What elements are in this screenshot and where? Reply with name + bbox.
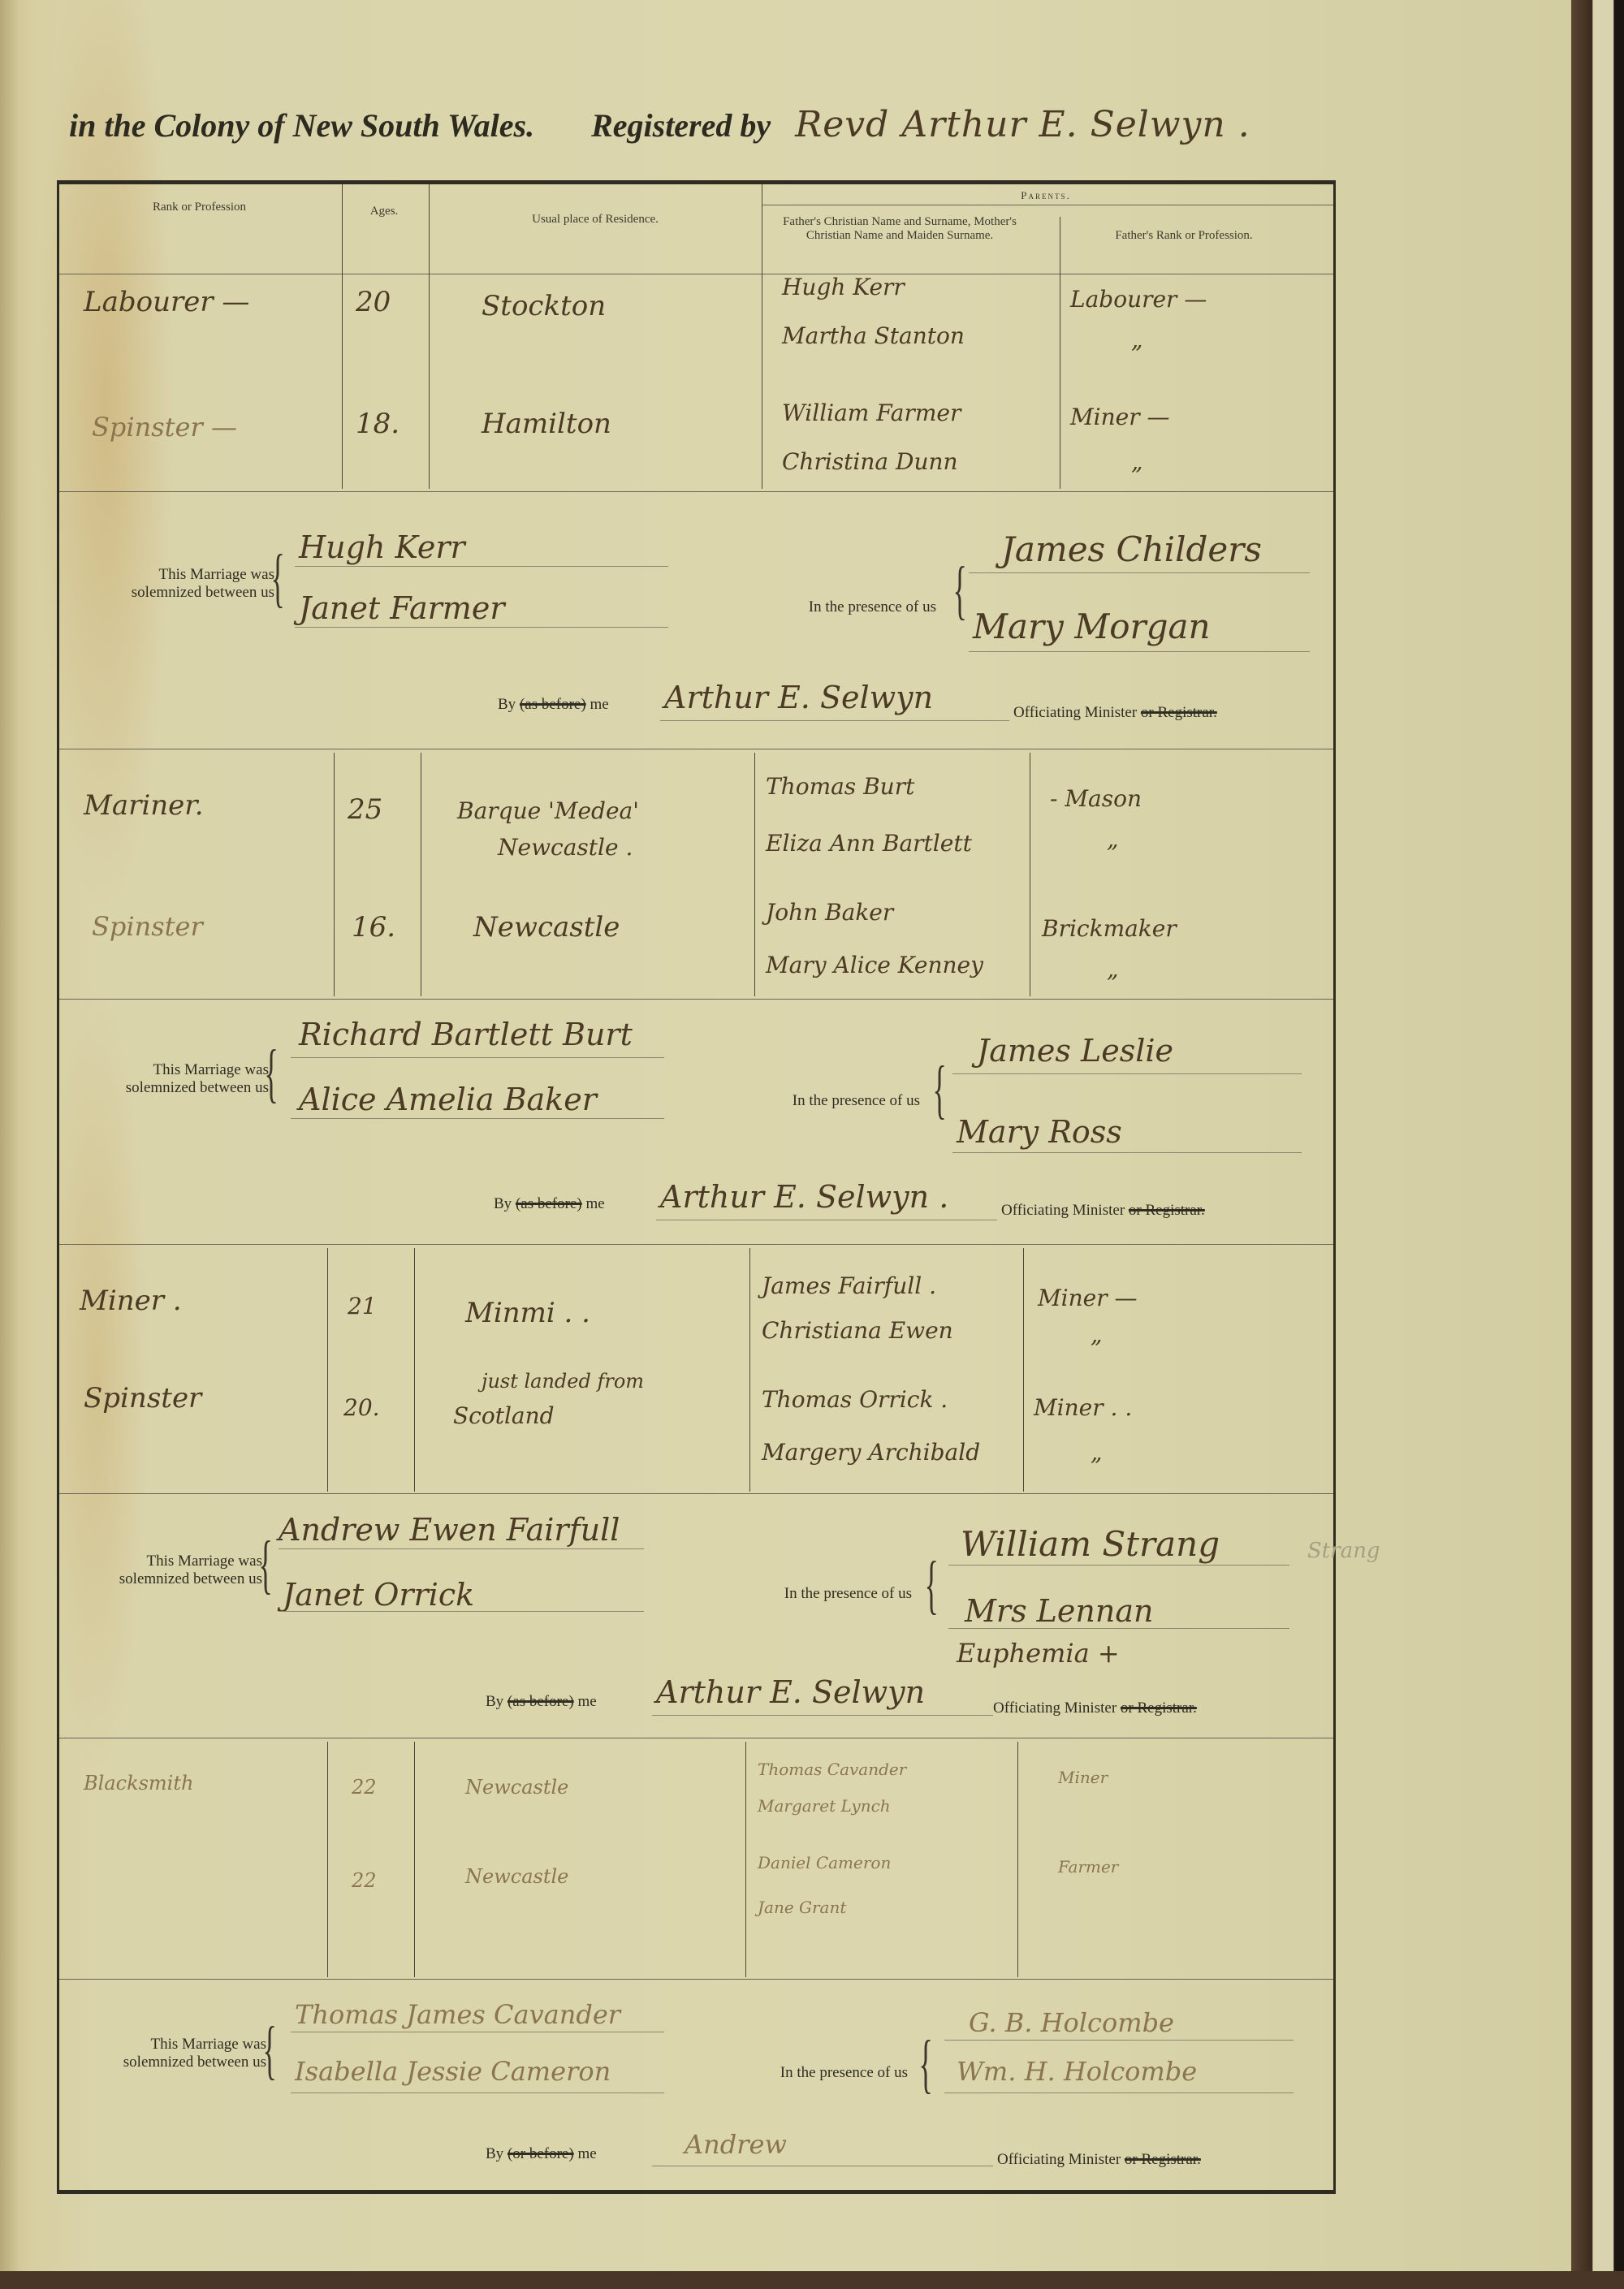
page-header: in the Colony of New South Wales. Regist… (69, 104, 1449, 169)
witness1-signature: William Strang (961, 1524, 1220, 1564)
col-header-rank: Rank or Profession (59, 201, 339, 282)
groom-residence-line2: Newcastle . (498, 834, 633, 861)
col-line (1023, 1248, 1024, 1492)
signature-line (969, 572, 1310, 573)
groom-residence: Stockton (482, 290, 606, 322)
signature-line (291, 1118, 664, 1119)
groom-age: 22 (352, 1776, 377, 1799)
signature-line (652, 2166, 993, 2166)
groom-signature: Richard Bartlett Burt (299, 1017, 633, 1052)
col-line (414, 1742, 415, 1977)
bride-residence: Newcastle (473, 911, 620, 944)
groom-mother: Margaret Lynch (758, 1796, 891, 1816)
book-cover-edge (1571, 0, 1624, 2289)
groom-father-rank: Miner — (1038, 1285, 1138, 1311)
bride-residence: Hamilton (482, 408, 611, 440)
col-header-parents: Parents. (762, 188, 1330, 205)
brace-icon: { (953, 558, 967, 623)
presence-label: In the presence of us (668, 1585, 912, 1603)
officiating-label: Officiating Minister or Registrar. (1001, 1202, 1326, 1220)
groom-father: Thomas Burt (766, 773, 914, 800)
bride-mother: Jane Grant (758, 1898, 846, 1917)
by-label: By (or before) me (486, 2145, 648, 2163)
bride-father: Thomas Orrick . (762, 1386, 948, 1413)
col-line (429, 184, 430, 489)
groom-signature: Thomas James Cavander (295, 1999, 620, 2030)
officiating-text: Officiating Minister (1001, 1202, 1125, 1219)
me-text: me (577, 1693, 596, 1710)
entry-divider (59, 749, 1333, 749)
bride-father: William Farmer (782, 399, 961, 426)
witness2-signature: Wm. H. Holcombe (957, 2056, 1197, 2087)
col-header-residence: Usual place of Residence. (429, 213, 762, 294)
signature-line (652, 1715, 993, 1716)
bride-mother: Margery Archibald (762, 1439, 980, 1466)
signature-line (948, 1565, 1289, 1566)
signature-line (969, 651, 1310, 652)
struck-as-before: (as before) (508, 1693, 574, 1710)
witness2-signature: Mary Ross (957, 1114, 1122, 1150)
brace-icon: { (919, 2032, 933, 2097)
officiating-label: Officiating Minister or Registrar. (993, 1699, 1318, 1717)
bride-residence: just landed from (482, 1370, 644, 1393)
bride-father-rank: Miner . . (1034, 1394, 1132, 1421)
entry-divider (59, 1244, 1333, 1245)
groom-age: 21 (348, 1293, 377, 1319)
ditto-mark: „ (1131, 448, 1143, 475)
signature-line (952, 1073, 1302, 1074)
bride-rank: Spinster — (92, 412, 237, 443)
ditto-mark: „ (1091, 1321, 1103, 1348)
row-divider (59, 491, 1333, 492)
struck-or-registrar: or Registrar. (1129, 1202, 1205, 1219)
bride-signature: Alice Amelia Baker (299, 1082, 597, 1117)
header-divider (59, 274, 1333, 274)
groom-residence: Barque 'Medea' (457, 797, 639, 824)
me-text: me (577, 2145, 596, 2162)
groom-father-rank: Labourer — (1070, 286, 1207, 313)
bride-father: John Baker (766, 899, 893, 926)
binding-edge (0, 0, 18, 2289)
groom-rank: Blacksmith (84, 1772, 193, 1794)
col-line (1060, 217, 1060, 489)
signature-line (656, 1220, 997, 1220)
col-line (414, 1248, 415, 1492)
groom-mother: Eliza Ann Bartlett (766, 830, 972, 857)
solemnized-label: This Marriage was solemnized between us (59, 1061, 269, 1097)
signature-line (952, 1152, 1302, 1153)
witness2-signature: Mary Morgan (973, 607, 1211, 646)
ditto-mark: „ (1131, 326, 1143, 353)
witness1-signature: James Childers (1001, 529, 1262, 569)
solemnized-line2: solemnized between us (59, 1570, 262, 1588)
groom-father: James Fairfull . (762, 1272, 936, 1299)
presence-label: In the presence of us (693, 598, 936, 616)
registered-by-label: Registered by (591, 107, 771, 144)
bride-father-rank: Farmer (1058, 1857, 1118, 1877)
me-text: me (590, 696, 608, 713)
bride-age: 18. (356, 408, 400, 440)
bride-rank: Spinster (84, 1382, 201, 1414)
signature-line (944, 2092, 1294, 2093)
officiating-text: Officiating Minister (1013, 704, 1137, 721)
groom-age: 20 (356, 286, 391, 318)
signature-line (279, 1548, 644, 1549)
brace-icon: { (265, 1041, 279, 1106)
minister-signature: Andrew (685, 2129, 787, 2160)
signature-line (279, 1611, 644, 1612)
groom-signature: Hugh Kerr (299, 529, 465, 565)
by-text: By (494, 1195, 512, 1212)
col-line (749, 1248, 750, 1492)
colony-title: in the Colony of New South Wales. (69, 106, 534, 145)
solemnized-line1: This Marriage was (59, 2036, 266, 2054)
bride-father-rank: Miner — (1070, 404, 1170, 430)
groom-father-rank: - Mason (1050, 785, 1142, 812)
groom-signature: Andrew Ewen Fairfull (279, 1512, 620, 1548)
ditto-mark: „ (1107, 826, 1119, 853)
witness1-signature: James Leslie (977, 1033, 1173, 1069)
groom-residence: Newcastle (465, 1776, 568, 1799)
bride-mother: Christina Dunn (782, 448, 958, 475)
signature-line (295, 566, 668, 567)
struck-or-registrar: or Registrar. (1121, 1699, 1197, 1717)
col-line (754, 753, 755, 996)
brace-icon: { (271, 546, 285, 611)
solemnized-line2: solemnized between us (59, 2054, 266, 2071)
marriage-register-form: Rank or Profession Ages. Usual place of … (57, 180, 1336, 2194)
officiating-text: Officiating Minister (997, 2151, 1121, 2168)
officiating-label: Officiating Minister or Registrar. (1013, 704, 1338, 722)
ditto-mark: „ (1107, 956, 1119, 983)
signature-line (948, 1628, 1289, 1629)
solemnized-label: This Marriage was solemnized between us (59, 1553, 262, 1588)
signature-line (660, 720, 1009, 721)
margin-note: Strang (1307, 1539, 1380, 1563)
solemnized-line1: This Marriage was (59, 1061, 269, 1079)
groom-residence: Minmi . . (465, 1297, 590, 1329)
row-divider (59, 1979, 1333, 1980)
bride-signature: Janet Orrick (283, 1577, 474, 1613)
by-label: By (as before) me (486, 1693, 648, 1711)
brace-icon: { (925, 1553, 939, 1617)
me-text: me (585, 1195, 604, 1212)
col-line (342, 184, 343, 489)
by-text: By (486, 2145, 503, 2162)
solemnized-label: This Marriage was solemnized between us (59, 566, 274, 602)
solemnized-label: This Marriage was solemnized between us (59, 2036, 266, 2071)
groom-rank: Labourer — (84, 286, 249, 318)
bride-residence: Newcastle (465, 1865, 568, 1888)
groom-rank: Miner . (80, 1285, 182, 1317)
groom-father: Hugh Kerr (782, 274, 905, 300)
col-line (1030, 753, 1030, 996)
col-line (421, 753, 421, 996)
struck-as-before: (as before) (520, 696, 586, 713)
struck-as-before: (or before) (508, 2145, 574, 2162)
signature-line (295, 627, 668, 628)
groom-mother: Christiana Ewen (762, 1317, 953, 1344)
witness2-signature: Mrs Lennan (965, 1593, 1153, 1629)
col-line (745, 1742, 746, 1977)
witness1-signature: G. B. Holcombe (969, 2007, 1174, 2038)
groom-mother: Martha Stanton (782, 322, 965, 349)
bride-mother: Mary Alice Kenney (766, 952, 983, 978)
bride-father-rank: Brickmaker (1042, 915, 1177, 942)
minister-signature: Arthur E. Selwyn . (660, 1179, 948, 1215)
by-text: By (486, 1693, 503, 1710)
col-line (1017, 1742, 1018, 1977)
row-divider (59, 999, 1333, 1000)
bride-signature: Janet Farmer (299, 590, 505, 626)
bride-age: 22 (352, 1869, 377, 1892)
officiating-text: Officiating Minister (993, 1699, 1116, 1717)
struck-or-registrar: or Registrar. (1141, 704, 1217, 721)
by-label: By (as before) me (494, 1195, 656, 1213)
solemnized-line2: solemnized between us (59, 1079, 269, 1097)
col-line (327, 1742, 328, 1977)
groom-rank: Mariner. (84, 789, 204, 822)
parents-divider (762, 205, 1333, 205)
witness2-extra-signature: Euphemia + (957, 1638, 1120, 1669)
groom-father-rank: Miner (1058, 1768, 1108, 1787)
bride-signature: Isabella Jessie Cameron (295, 2056, 611, 2087)
by-text: By (498, 696, 516, 713)
by-label: By (as before) me (498, 696, 660, 714)
struck-as-before: (as before) (516, 1195, 582, 1212)
bride-residence-line2: Scotland (453, 1402, 555, 1429)
bride-rank: Spinster (92, 911, 203, 942)
groom-age: 25 (348, 793, 382, 826)
entry-divider (59, 1738, 1333, 1738)
presence-label: In the presence of us (676, 1092, 920, 1110)
signature-line (291, 1057, 664, 1058)
minister-signature: Arthur E. Selwyn (656, 1674, 925, 1710)
ditto-mark: „ (1091, 1439, 1103, 1466)
brace-icon: { (933, 1057, 947, 1122)
registered-by: Registered by Revd Arthur E. Selwyn . (591, 104, 1250, 145)
brace-icon: { (263, 2018, 277, 2083)
brace-icon: { (259, 1532, 273, 1597)
col-line (762, 184, 762, 489)
bride-father: Daniel Cameron (758, 1853, 891, 1872)
registrar-signature: Revd Arthur E. Selwyn . (795, 104, 1250, 145)
struck-or-registrar: or Registrar. (1125, 2151, 1201, 2168)
bride-age: 20. (343, 1394, 380, 1421)
signature-line (291, 2032, 664, 2032)
solemnized-line1: This Marriage was (59, 566, 274, 584)
col-line (327, 1248, 328, 1492)
signature-line (291, 2092, 664, 2093)
row-divider (59, 1493, 1333, 1494)
register-page: in the Colony of New South Wales. Regist… (0, 0, 1571, 2274)
minister-signature: Arthur E. Selwyn (664, 680, 933, 715)
col-line (334, 753, 335, 996)
officiating-label: Officiating Minister or Registrar. (997, 2151, 1322, 2169)
presence-label: In the presence of us (664, 2064, 908, 2082)
solemnized-line1: This Marriage was (59, 1553, 262, 1570)
book-bottom-edge (0, 2271, 1624, 2289)
solemnized-line2: solemnized between us (59, 584, 274, 602)
signature-line (944, 2040, 1294, 2041)
groom-father: Thomas Cavander (758, 1760, 906, 1779)
bride-age: 16. (352, 911, 395, 944)
